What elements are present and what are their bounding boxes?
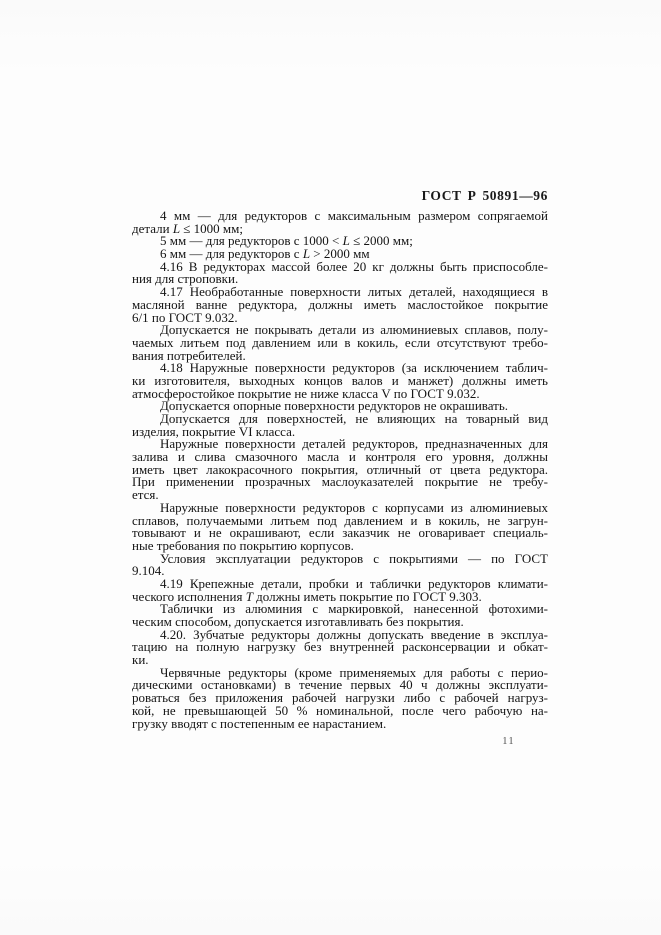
paragraph: 4.17 Необработанные поверхности литых де… bbox=[132, 286, 548, 324]
paragraph: 4.20. Зубчатые редукторы должны допускат… bbox=[132, 629, 548, 667]
document-page: ГОСТ Р 50891—96 4 мм — для редукторов с … bbox=[0, 0, 661, 935]
paragraph: Допускается для поверхностей, не влияющи… bbox=[132, 413, 548, 438]
text-line: грузку вводят с постепенным ее нарастани… bbox=[132, 718, 548, 731]
paragraph: Допускается не покрывать детали из алюми… bbox=[132, 324, 548, 362]
text-block: 4 мм — для редукторов с максимальным раз… bbox=[132, 210, 548, 730]
paragraph: Условия эксплуатации редукторов с покрыт… bbox=[132, 553, 548, 578]
paragraph: Наружные поверхности редукторов с корпус… bbox=[132, 502, 548, 553]
paragraph: 4 мм — для редукторов с максимальным раз… bbox=[132, 210, 548, 235]
text-line: тацию на полную нагрузку без внутренней … bbox=[132, 641, 548, 654]
paragraph: 4.16 В редукторах массой более 20 кг дол… bbox=[132, 261, 548, 286]
paragraph: 4.19 Крепежные детали, пробки и таблички… bbox=[132, 578, 548, 603]
paragraph: 4.18 Наружные поверхности редукторов (за… bbox=[132, 362, 548, 400]
running-header: ГОСТ Р 50891—96 bbox=[132, 188, 548, 204]
paragraph: Наружные поверхности деталей редукторов,… bbox=[132, 438, 548, 501]
paragraph: Червячные редукторы (кроме применяемых д… bbox=[132, 667, 548, 730]
paragraph: Таблички из алюминия с маркировкой, нане… bbox=[132, 603, 548, 628]
page-number: 11 bbox=[132, 736, 548, 747]
text-line: При применении прозрачных маслоуказателе… bbox=[132, 476, 548, 489]
text-line: Условия эксплуатации редукторов с покрыт… bbox=[132, 553, 548, 566]
